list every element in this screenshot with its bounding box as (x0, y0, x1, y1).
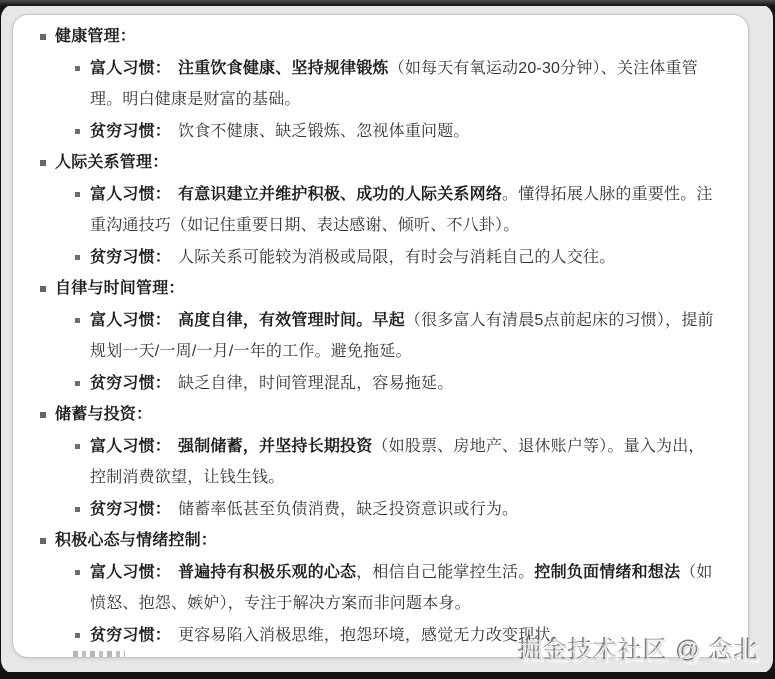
poor-habit-text: 缺乏自律，时间管理混乱，容易拖延。 (178, 375, 453, 392)
poor-habit-text: 储蓄率低甚至负债消费，缺乏投资意识或行为。 (178, 501, 518, 518)
photo-background: 健康管理： 富人习惯：注重饮食健康、坚持规律锻炼（如每天有氧运动20-30分钟）… (1, 4, 773, 674)
habit-text-segment: 注重饮食健康、坚持规律锻炼 (178, 60, 389, 77)
poor-habit-item: 贫穷习惯：缺乏自律，时间管理混乱，容易拖延。 (55, 368, 720, 400)
rich-habit-item: 富人习惯：强制储蓄，并坚持长期投资（如股票、房地产、退休账户等）。量入为出，控制… (55, 431, 720, 494)
habit-text-segment: 高度自律，有效管理时间。早起 (178, 312, 405, 329)
habit-text-segment: 更容易陷入消极思维，抱怨环境，感觉无力改变现状。 (178, 627, 567, 644)
section-title: 自律与时间管理： (55, 280, 185, 297)
section-title-line: 积极心态与情绪控制： (55, 525, 720, 557)
habit-text-segment: 饮食不健康、缺乏锻炼、忽视体重问题。 (178, 123, 470, 140)
section-title-line: 储蓄与投资： (55, 399, 720, 431)
rich-habit-text: 普遍持有积极乐观的心态，相信自己能掌控生活。控制负面情绪和想法（如愤怒、抱怨、嫉… (90, 564, 713, 613)
rich-habit-label: 富人习惯： (90, 438, 171, 455)
poor-habit-label: 贫穷习惯： (90, 627, 171, 644)
frame-top-edge (0, 0, 775, 6)
habit-sublist: 富人习惯：高度自律，有效管理时间。早起（很多富人有清晨5点前起床的习惯），提前规… (55, 305, 720, 400)
truncated-next-line-remnant (73, 651, 125, 658)
section-item: 自律与时间管理： 富人习惯：高度自律，有效管理时间。早起（很多富人有清晨5点前起… (38, 273, 720, 399)
habit-text-segment: 强制储蓄，并坚持长期投资 (178, 438, 372, 455)
frame-bottom-edge (0, 672, 775, 679)
poor-habit-item: 贫穷习惯：储蓄率低甚至负债消费，缺乏投资意识或行为。 (55, 494, 720, 526)
section-item: 储蓄与投资： 富人习惯：强制储蓄，并坚持长期投资（如股票、房地产、退休账户等）。… (38, 399, 720, 525)
rich-habit-item: 富人习惯：有意识建立并维护积极、成功的人际关系网络。懂得拓展人脉的重要性。注重沟… (55, 179, 720, 242)
habit-text-segment: 缺乏自律，时间管理混乱，容易拖延。 (178, 375, 453, 392)
section-item: 健康管理： 富人习惯：注重饮食健康、坚持规律锻炼（如每天有氧运动20-30分钟）… (38, 21, 720, 147)
poor-habit-text: 饮食不健康、缺乏锻炼、忽视体重问题。 (178, 123, 470, 140)
rich-habit-text: 有意识建立并维护积极、成功的人际关系网络。懂得拓展人脉的重要性。注重沟通技巧（如… (90, 186, 713, 235)
habit-text-segment: 人际关系可能较为消极或局限，有时会与消耗自己的人交往。 (178, 249, 615, 266)
poor-habit-item: 贫穷习惯：饮食不健康、缺乏锻炼、忽视体重问题。 (55, 116, 720, 148)
section-title: 人际关系管理： (55, 154, 168, 171)
habits-outline: 健康管理： 富人习惯：注重饮食健康、坚持规律锻炼（如每天有氧运动20-30分钟）… (38, 21, 720, 651)
rich-habit-item: 富人习惯：注重饮食健康、坚持规律锻炼（如每天有氧运动20-30分钟）、关注体重管… (55, 53, 720, 116)
section-title-line: 自律与时间管理： (55, 273, 720, 305)
poor-habit-label: 贫穷习惯： (90, 375, 171, 392)
rich-habit-label: 富人习惯： (90, 186, 171, 203)
rich-habit-label: 富人习惯： (90, 60, 171, 77)
section-item: 人际关系管理： 富人习惯：有意识建立并维护积极、成功的人际关系网络。懂得拓展人脉… (38, 147, 720, 273)
section-title: 积极心态与情绪控制： (55, 532, 217, 549)
rich-habit-label: 富人习惯： (90, 564, 171, 581)
habit-sublist: 富人习惯：有意识建立并维护积极、成功的人际关系网络。懂得拓展人脉的重要性。注重沟… (55, 179, 720, 274)
rich-habit-text: 强制储蓄，并坚持长期投资（如股票、房地产、退休账户等）。量入为出，控制消费欲望，… (90, 438, 705, 487)
poor-habit-text: 人际关系可能较为消极或局限，有时会与消耗自己的人交往。 (178, 249, 615, 266)
habit-sublist: 富人习惯：注重饮食健康、坚持规律锻炼（如每天有氧运动20-30分钟）、关注体重管… (55, 53, 720, 148)
section-title-line: 人际关系管理： (55, 147, 720, 179)
poor-habit-label: 贫穷习惯： (90, 501, 171, 518)
content-card: 健康管理： 富人习惯：注重饮食健康、坚持规律锻炼（如每天有氧运动20-30分钟）… (12, 14, 749, 658)
rich-habit-item: 富人习惯：高度自律，有效管理时间。早起（很多富人有清晨5点前起床的习惯），提前规… (55, 305, 720, 368)
screenshot-stage: 健康管理： 富人习惯：注重饮食健康、坚持规律锻炼（如每天有氧运动20-30分钟）… (0, 0, 775, 679)
poor-habit-label: 贫穷习惯： (90, 249, 171, 266)
rich-habit-text: 注重饮食健康、坚持规律锻炼（如每天有氧运动20-30分钟）、关注体重管理。明白健… (90, 60, 698, 109)
habit-text-segment: 有意识建立并维护积极、成功的人际关系网络 (178, 186, 502, 203)
poor-habit-item: 贫穷习惯：人际关系可能较为消极或局限，有时会与消耗自己的人交往。 (55, 242, 720, 274)
rich-habit-item: 富人习惯：普遍持有积极乐观的心态，相信自己能掌控生活。控制负面情绪和想法（如愤怒… (55, 557, 720, 620)
section-title: 健康管理： (55, 28, 136, 45)
habit-sublist: 富人习惯：强制储蓄，并坚持长期投资（如股票、房地产、退休账户等）。量入为出，控制… (55, 431, 720, 526)
poor-habit-text: 更容易陷入消极思维，抱怨环境，感觉无力改变现状。 (178, 627, 567, 644)
habit-text-segment: ，相信自己能掌控生活。 (356, 564, 534, 581)
habit-text-segment: 控制负面情绪和想法 (534, 564, 680, 581)
section-title: 储蓄与投资： (55, 406, 152, 423)
habit-text-segment: 普遍持有积极乐观的心态 (178, 564, 356, 581)
watermark-text: 掘金技术社区 @ 念北 (519, 631, 760, 666)
rich-habit-text: 高度自律，有效管理时间。早起（很多富人有清晨5点前起床的习惯），提前规划一天/一… (90, 312, 714, 361)
poor-habit-label: 贫穷习惯： (90, 123, 171, 140)
rich-habit-label: 富人习惯： (90, 312, 171, 329)
habit-text-segment: 储蓄率低甚至负债消费，缺乏投资意识或行为。 (178, 501, 518, 518)
section-title-line: 健康管理： (55, 21, 720, 53)
